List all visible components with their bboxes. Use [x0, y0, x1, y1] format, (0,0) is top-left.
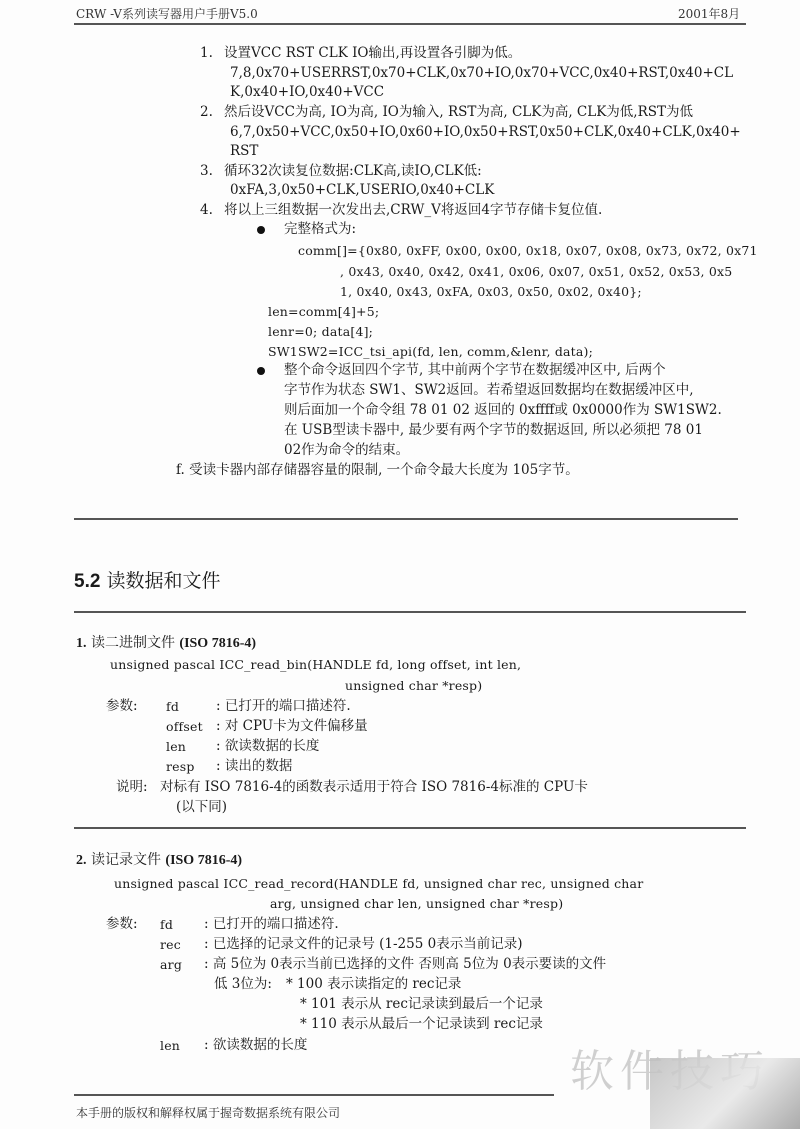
arg-option: * 100 表示读指定的 rec记录 — [286, 975, 461, 994]
param-name: len — [160, 1036, 180, 1055]
param-desc: : 高 5位为 0表示当前已选择的文件 否则高 5位为 0表示要读的文件 — [204, 955, 606, 974]
comm-array-line: comm[]={0x80, 0xFF, 0x00, 0x00, 0x18, 0x… — [298, 241, 758, 260]
param-desc: : 欲读数据的长度 — [204, 1036, 307, 1055]
section-rule-bottom — [74, 611, 746, 613]
function-1-signature: unsigned pascal ICC_read_bin(HANDLE fd, … — [110, 655, 521, 674]
document-title: CRW -V系列读写器用户手册V5.0 — [76, 5, 258, 22]
code-line: SW1SW2=ICC_tsi_api(fd, len, comm,&lenr, … — [268, 342, 593, 361]
comm-array-line: 1, 0x40, 0x43, 0xFA, 0x03, 0x50, 0x02, 0… — [340, 282, 642, 301]
function-2-signature: unsigned pascal ICC_read_record(HANDLE f… — [114, 874, 643, 893]
step-4-number: 4. — [200, 201, 213, 220]
arg-low-label: 低 3位为: — [214, 975, 272, 994]
function-2-title: 读记录文件 — [91, 852, 161, 868]
bullet-icon — [257, 367, 265, 375]
function-1-standard: (ISO 7816-4) — [179, 636, 256, 651]
param-desc: : 欲读数据的长度 — [216, 737, 319, 756]
comm-array-line: , 0x43, 0x40, 0x42, 0x41, 0x06, 0x07, 0x… — [340, 262, 732, 281]
step-1-code-line: K,0x40+IO,0x40+VCC — [230, 83, 384, 102]
footer-copyright: 本手册的版权和解释权属于握奇数据系统有限公司 — [76, 1104, 340, 1121]
return-desc-line: 整个命令返回四个字节, 其中前两个字节在数据缓冲区中, 后两个 — [284, 361, 666, 380]
section-rule-top — [74, 518, 738, 520]
param-desc: : 读出的数据 — [216, 757, 292, 776]
param-name: offset — [166, 717, 203, 736]
step-2-code-line: RST — [230, 142, 258, 161]
param-name: fd — [166, 697, 179, 716]
function-2-signature-cont: arg, unsigned char len, unsigned char *r… — [270, 894, 563, 913]
note-label: 说明: — [116, 778, 148, 797]
format-label: 完整格式为: — [284, 220, 356, 239]
function-2-standard: (ISO 7816-4) — [165, 853, 242, 868]
section-title: 读数据和文件 — [106, 570, 220, 592]
step-3-text: 循环32次读复位数据:CLK高,读IO,CLK低: — [224, 162, 482, 181]
param-desc: : 已打开的端口描述符. — [216, 697, 351, 716]
section-heading: 5.2 读数据和文件 — [74, 566, 220, 593]
function-1-title: 读二进制文件 — [91, 635, 175, 651]
param-name: arg — [160, 955, 182, 974]
param-name: resp — [166, 757, 195, 776]
note-text: (以下同) — [176, 798, 227, 817]
param-desc: : 已选择的记录文件的记录号 (1-255 0表示当前记录) — [204, 935, 522, 954]
param-desc: : 已打开的端口描述符. — [204, 915, 339, 934]
arg-option: * 101 表示从 rec记录读到最后一个记录 — [300, 995, 543, 1014]
step-3-code-line: 0xFA,3,0x50+CLK,USERIO,0x40+CLK — [230, 181, 494, 200]
code-line: lenr=0; data[4]; — [268, 322, 373, 341]
param-desc: : 对 CPU卡为文件偏移量 — [216, 717, 368, 736]
return-desc-line: 在 USB型读卡器中, 最少要有两个字节的数据返回, 所以必须把 78 01 — [284, 421, 703, 440]
params-label: 参数: — [106, 697, 138, 716]
arg-option: * 110 表示从最后一个记录读到 rec记录 — [300, 1015, 543, 1034]
function-2-heading: 2. 读记录文件 (ISO 7816-4) — [76, 849, 242, 869]
step-3-number: 3. — [200, 162, 213, 181]
step-2-number: 2. — [200, 103, 213, 122]
function-1-number: 1. — [76, 636, 87, 651]
note-text: 对标有 ISO 7816-4的函数表示适用于符合 ISO 7816-4标准的 C… — [160, 778, 588, 797]
function-1-heading: 1. 读二进制文件 (ISO 7816-4) — [76, 632, 256, 652]
section-number: 5.2 — [74, 571, 100, 592]
header-rule — [74, 23, 746, 25]
param-name: fd — [160, 915, 173, 934]
param-name: rec — [160, 935, 181, 954]
note-f: f. 受读卡器内部存储器容量的限制, 一个命令最大长度为 105字节。 — [176, 461, 579, 480]
function-divider — [74, 827, 746, 829]
param-name: len — [166, 737, 186, 756]
code-line: len=comm[4]+5; — [268, 302, 379, 321]
step-2-code-line: 6,7,0x50+VCC,0x50+IO,0x60+IO,0x50+RST,0x… — [230, 123, 741, 142]
return-desc-line: 字节作为状态 SW1、SW2返回。若希望返回数据均在数据缓冲区中, — [284, 381, 694, 400]
step-1-text: 设置VCC RST CLK IO输出,再设置各引脚为低。 — [224, 44, 521, 63]
watermark-blur-overlay — [650, 1058, 800, 1129]
return-desc-line: 02作为命令的结束。 — [284, 441, 409, 460]
step-4-text: 将以上三组数据一次发出去,CRW_V将返回4字节存储卡复位值. — [224, 201, 602, 220]
return-desc-line: 则后面加一个命令组 78 01 02 返回的 0xffff或 0x0000作为 … — [284, 401, 722, 420]
bullet-icon — [257, 226, 265, 234]
function-1-signature-cont: unsigned char *resp) — [345, 676, 482, 695]
step-2-text: 然后设VCC为高, IO为高, IO为输入, RST为高, CLK为高, CLK… — [224, 103, 693, 122]
footer-rule — [74, 1094, 554, 1096]
step-1-number: 1. — [200, 44, 213, 63]
function-2-number: 2. — [76, 853, 87, 868]
document-date: 2001年8月 — [678, 5, 740, 22]
params-label: 参数: — [106, 915, 138, 934]
step-1-code-line: 7,8,0x70+USERRST,0x70+CLK,0x70+IO,0x70+V… — [230, 64, 733, 83]
